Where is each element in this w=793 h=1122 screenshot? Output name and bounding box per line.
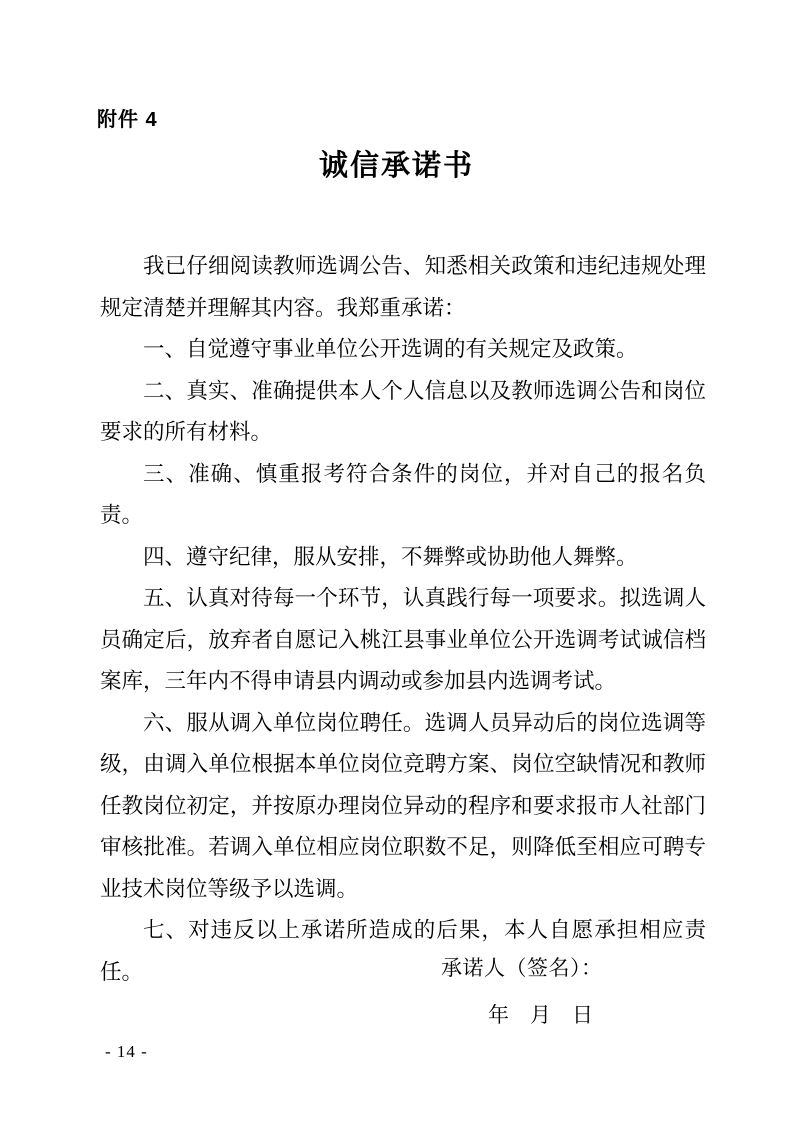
- document-title: 诚信承诺书: [0, 143, 793, 184]
- signature-signer-label: 承诺人（签名）：: [441, 952, 603, 982]
- body-paragraph-item-6: 六、服从调入单位岗位聘任。选调人员异动后的岗位选调等级，由调入单位根据本单位岗位…: [100, 703, 706, 911]
- document-page: 附件 4 诚信承诺书 我已仔细阅读教师选调公告、知悉相关政策和违纪违规处理规定清…: [0, 0, 793, 1122]
- body-paragraph-item-3: 三、准确、慎重报考符合条件的岗位，并对自己的报名负责。: [100, 454, 706, 537]
- body-paragraph-item-5: 五、认真对待每一个环节，认真践行每一项要求。拟选调人员确定后，放弃者自愿记入桃江…: [100, 578, 706, 703]
- body-paragraph-intro: 我已仔细阅读教师选调公告、知悉相关政策和违纪违规处理规定清楚并理解其内容。我郑重…: [100, 246, 706, 329]
- body-paragraph-item-2: 二、真实、准确提供本人个人信息以及教师选调公告和岗位要求的所有材料。: [100, 371, 706, 454]
- body-paragraph-item-7: 七、对违反以上承诺所造成的后果，本人自愿承担相应责任。: [100, 910, 706, 993]
- attachment-label: 附件 4: [97, 103, 158, 132]
- body-paragraph-item-1: 一、自觉遵守事业单位公开选调的有关规定及政策。: [100, 329, 706, 371]
- signature-date-label: 年 月 日: [488, 999, 593, 1029]
- page-number: - 14 -: [105, 1042, 148, 1062]
- document-body: 我已仔细阅读教师选调公告、知悉相关政策和违纪违规处理规定清楚并理解其内容。我郑重…: [100, 246, 706, 993]
- body-paragraph-item-4: 四、遵守纪律，服从安排，不舞弊或协助他人舞弊。: [100, 537, 706, 579]
